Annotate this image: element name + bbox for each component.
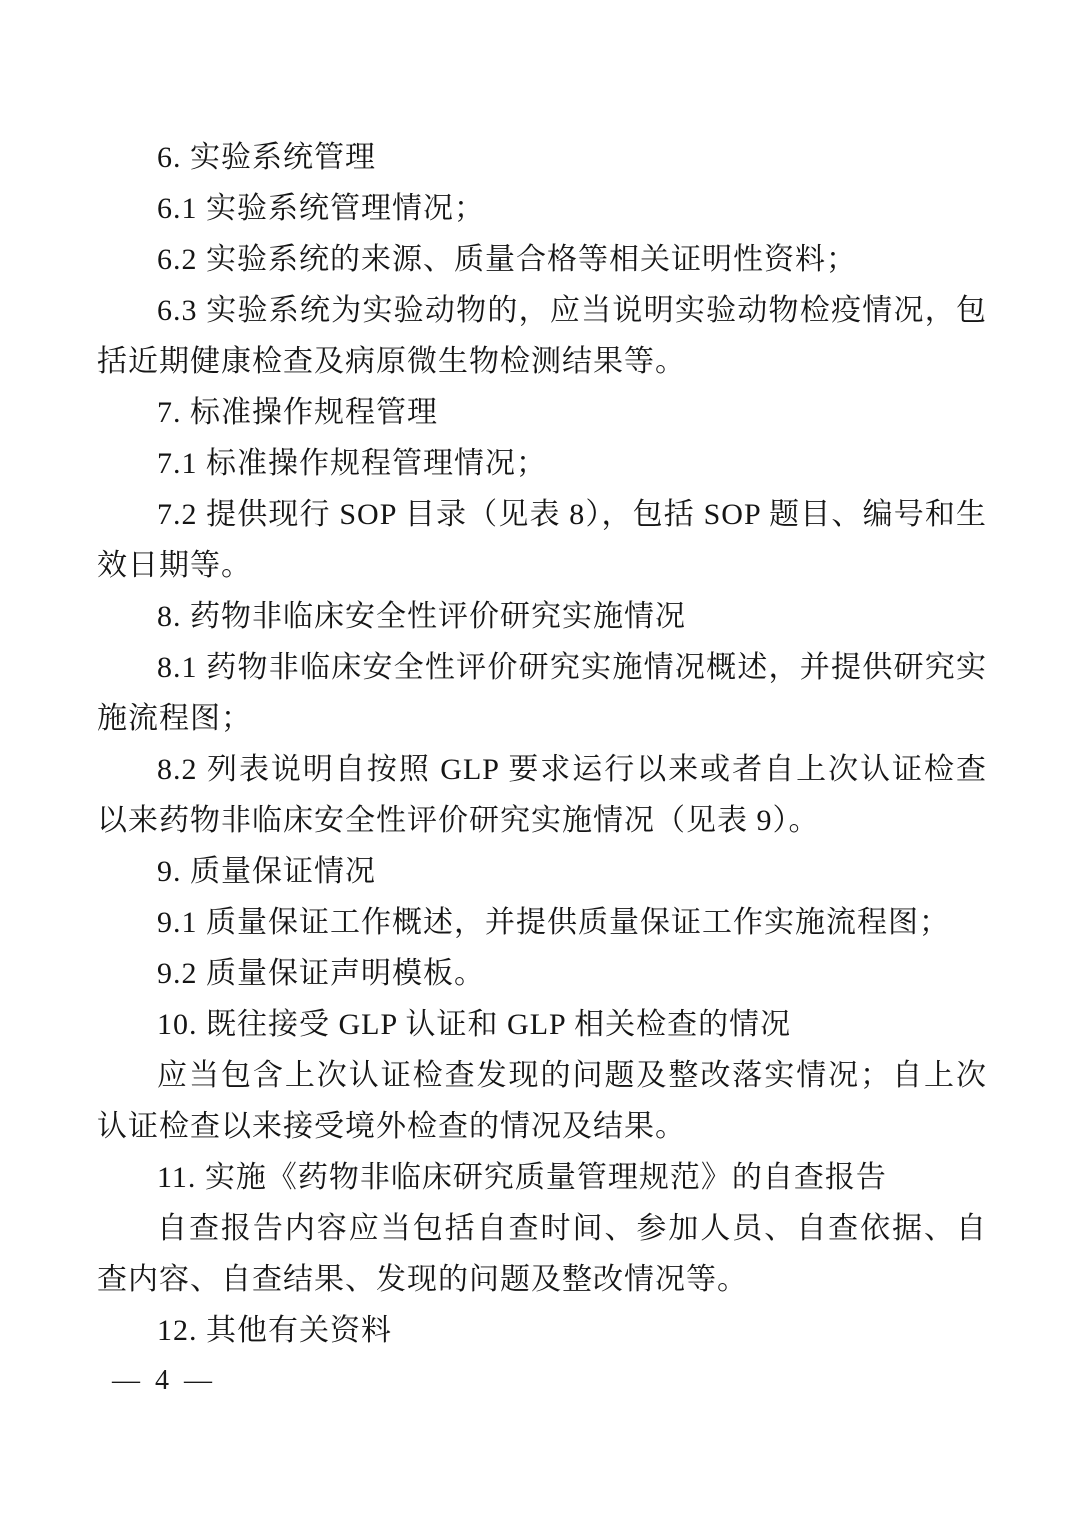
paragraph-7-2: 7.2 提供现行 SOP 目录（见表 8），包括 SOP 题目、编号和生效日期等… (97, 489, 987, 591)
heading-section-6: 6. 实验系统管理 (97, 132, 987, 183)
heading-section-12: 12. 其他有关资料 (97, 1305, 987, 1356)
page-number: — 4 — (112, 1360, 216, 1402)
paragraph-6-2: 6.2 实验系统的来源、质量合格等相关证明性资料； (97, 234, 987, 285)
document-page: 6. 实验系统管理 6.1 实验系统管理情况； 6.2 实验系统的来源、质量合格… (0, 0, 1080, 1526)
paragraph-8-1: 8.1 药物非临床安全性评价研究实施情况概述，并提供研究实施流程图； (97, 642, 987, 744)
heading-section-9: 9. 质量保证情况 (97, 846, 987, 897)
heading-section-10: 10. 既往接受 GLP 认证和 GLP 相关检查的情况 (97, 999, 987, 1050)
paragraph-7-1: 7.1 标准操作规程管理情况； (97, 438, 987, 489)
heading-section-11: 11. 实施《药物非临床研究质量管理规范》的自查报告 (97, 1152, 987, 1203)
paragraph-6-1: 6.1 实验系统管理情况； (97, 183, 987, 234)
heading-section-7: 7. 标准操作规程管理 (97, 387, 987, 438)
paragraph-6-3: 6.3 实验系统为实验动物的，应当说明实验动物检疫情况，包括近期健康检查及病原微… (97, 285, 987, 387)
paragraph-8-2: 8.2 列表说明自按照 GLP 要求运行以来或者自上次认证检查以来药物非临床安全… (97, 744, 987, 846)
paragraph-9-2: 9.2 质量保证声明模板。 (97, 948, 987, 999)
paragraph-section-10-body: 应当包含上次认证检查发现的问题及整改落实情况；自上次认证检查以来接受境外检查的情… (97, 1050, 987, 1152)
paragraph-section-11-body: 自查报告内容应当包括自查时间、参加人员、自查依据、自查内容、自查结果、发现的问题… (97, 1203, 987, 1305)
document-body: 6. 实验系统管理 6.1 实验系统管理情况； 6.2 实验系统的来源、质量合格… (97, 132, 987, 1356)
paragraph-9-1: 9.1 质量保证工作概述，并提供质量保证工作实施流程图； (97, 897, 987, 948)
heading-section-8: 8. 药物非临床安全性评价研究实施情况 (97, 591, 987, 642)
